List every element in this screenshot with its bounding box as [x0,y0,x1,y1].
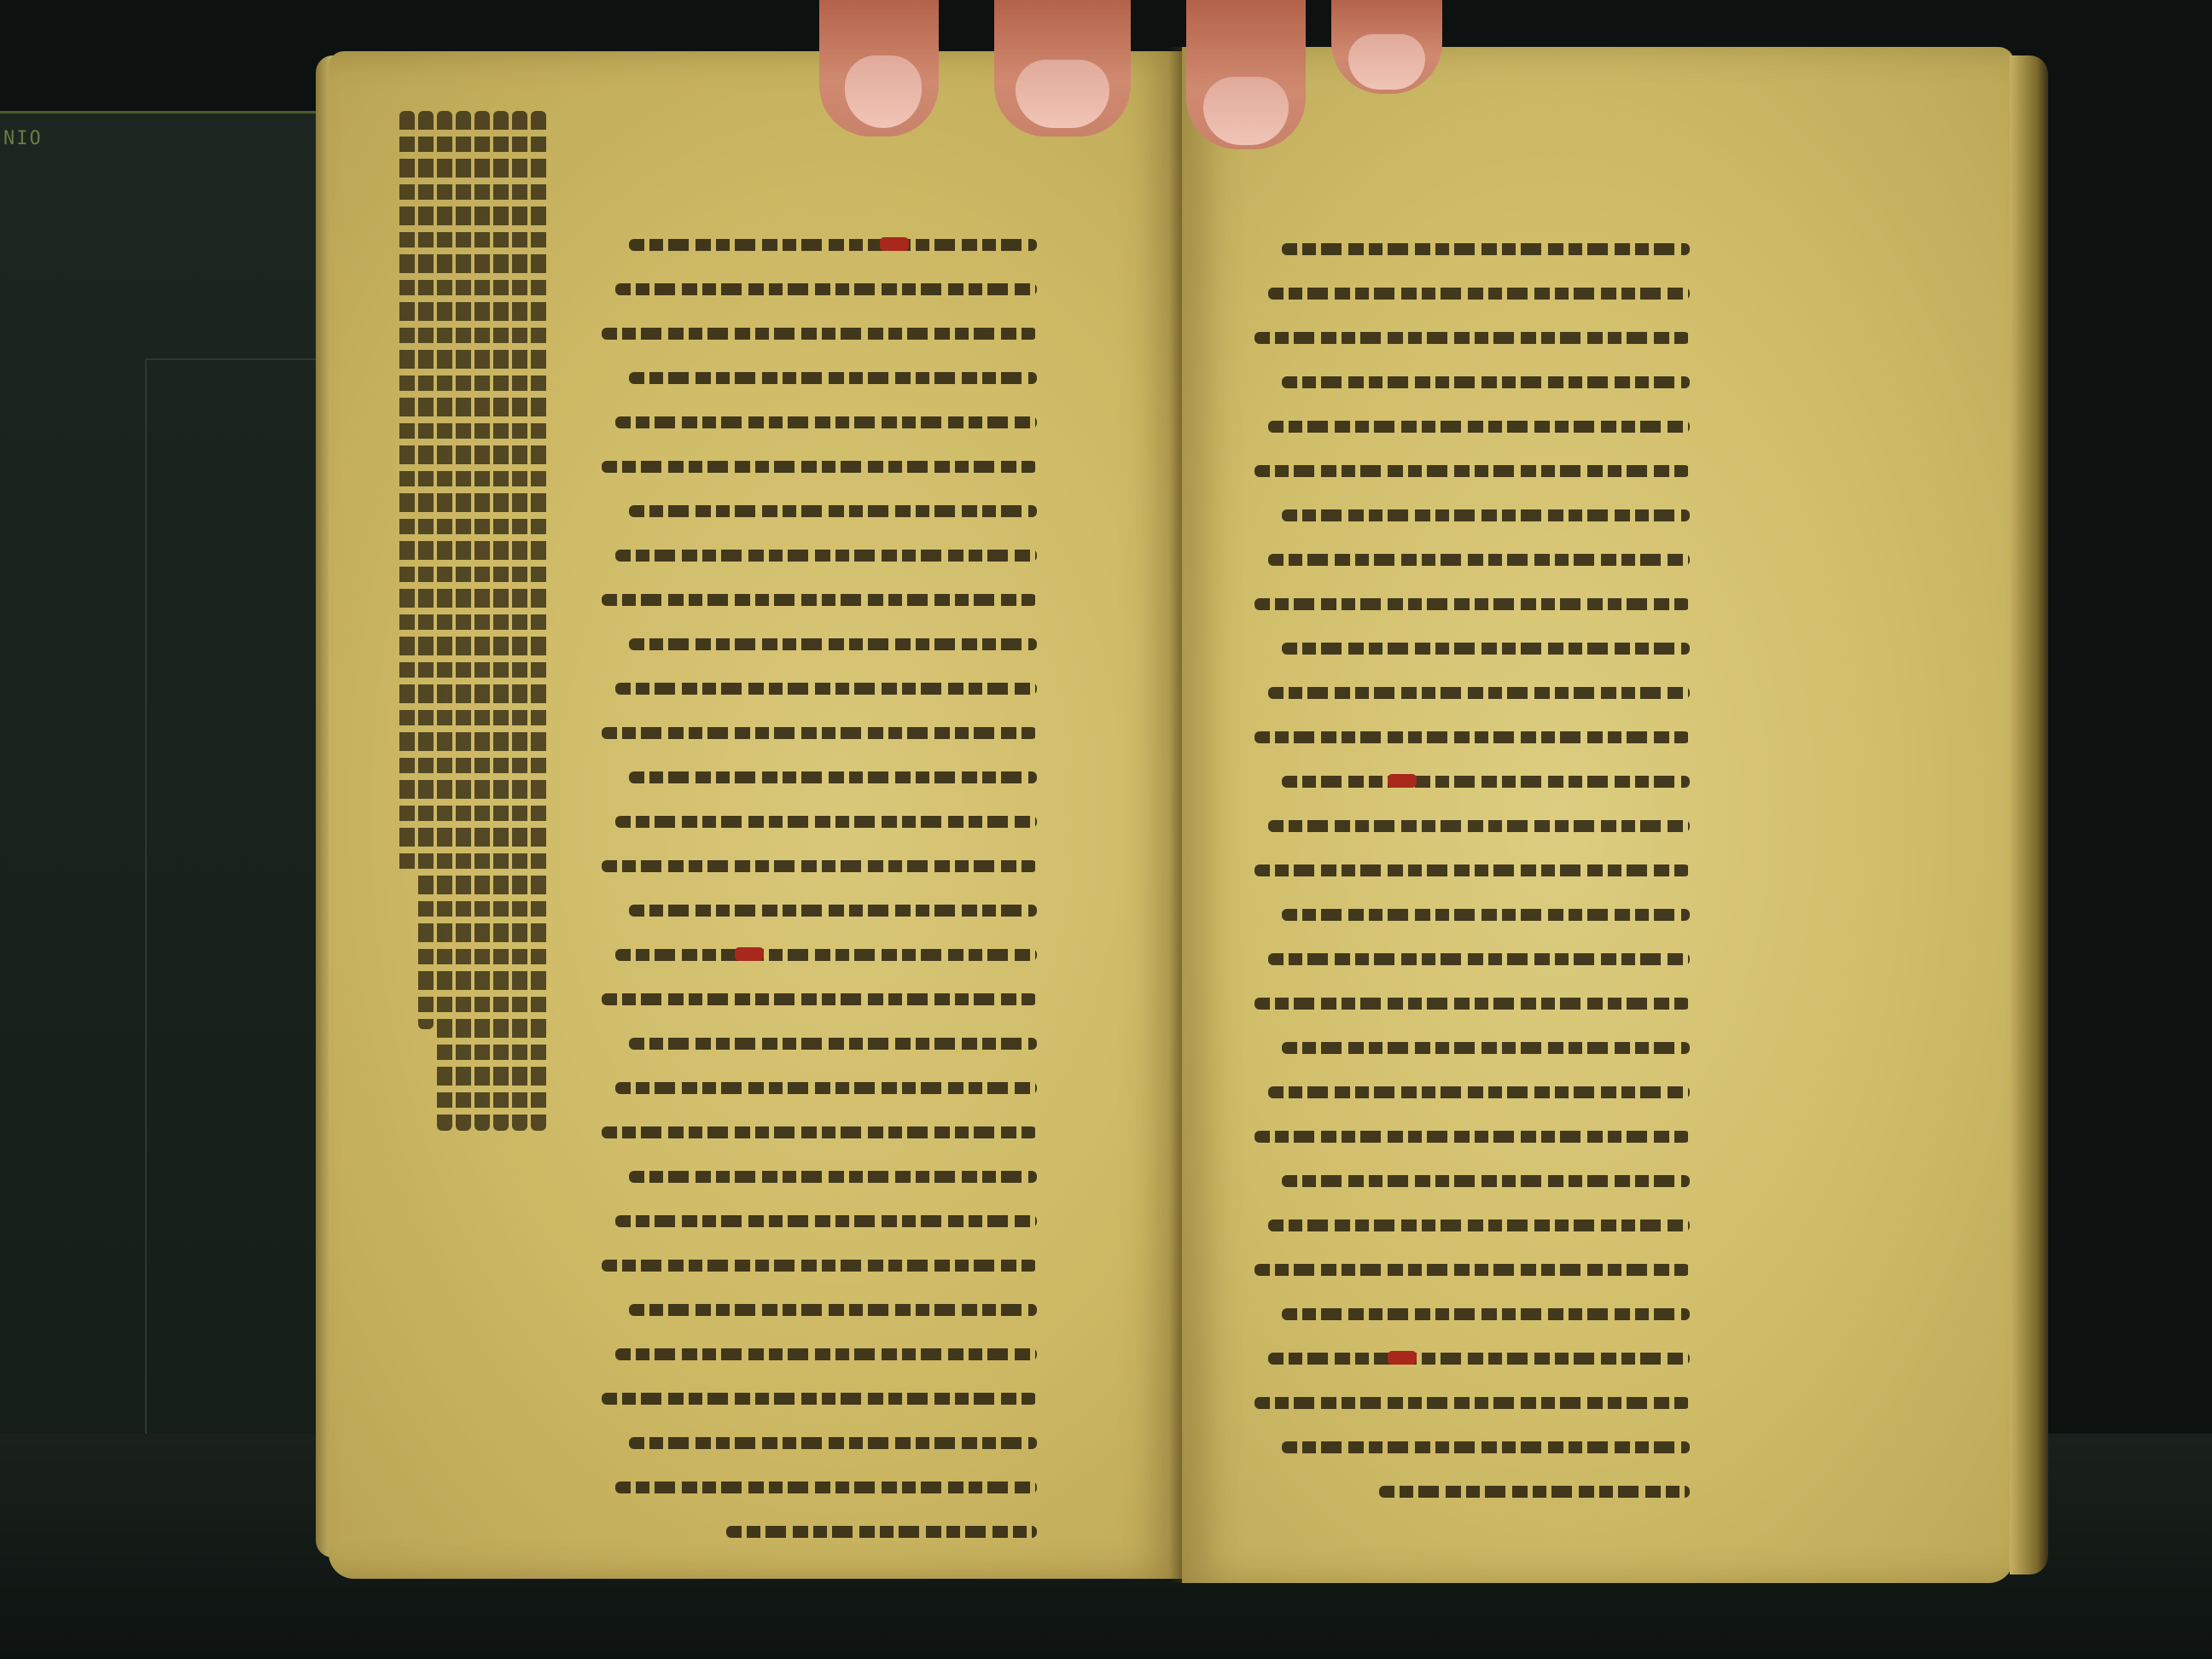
ink-script [1254,731,1690,743]
ink-script [1282,776,1690,788]
ink-script [1254,598,1690,610]
manuscript-line [593,1065,1037,1109]
ink-script [1282,509,1690,521]
ink-script [1254,1397,1690,1409]
manuscript-line [1246,714,1690,759]
ink-script [1268,687,1690,699]
manuscript-line [1246,847,1690,892]
manuscript-line [1246,1025,1690,1069]
ink-script [602,860,1037,872]
ink-script [602,594,1037,606]
manuscript-line [1246,1469,1690,1513]
manuscript-line [1246,492,1690,537]
manuscript-line [593,888,1037,932]
manuscript-line [1246,670,1690,714]
ink-script [629,372,1037,384]
manuscript-line [593,1420,1037,1464]
ink-script [629,638,1037,650]
manuscript-line [1246,226,1690,271]
manuscript-line [593,488,1037,533]
manuscript-line [1246,1247,1690,1291]
ink-script [615,1215,1037,1227]
manuscript-line [593,1109,1037,1154]
ink-script [629,1038,1037,1050]
ink-script [1282,243,1690,255]
ink-script [602,1260,1037,1272]
manuscript-line [1246,537,1690,581]
right-page-text [1246,226,1690,1513]
manuscript-line [593,1198,1037,1243]
ink-script [629,1171,1037,1183]
rubric-red-word [880,237,909,251]
ink-script [1254,1264,1690,1276]
manuscript-line [593,1331,1037,1376]
manuscript-line [1246,1114,1690,1158]
ink-script [602,993,1037,1005]
fingernail-right [1203,77,1289,145]
manuscript-line [1246,981,1690,1025]
ink-script [1282,909,1690,921]
manuscript-line [593,1154,1037,1198]
manuscript-line [593,1376,1037,1420]
manuscript-line [593,533,1037,577]
ink-script [1254,332,1690,344]
manuscript-line [593,222,1037,266]
ink-script [602,1126,1037,1138]
manuscript-line [1246,892,1690,936]
right-page [1182,47,2014,1583]
ink-script [629,1304,1037,1316]
manuscript-line [593,1243,1037,1287]
ink-script [1268,953,1690,965]
ink-script [1379,1486,1690,1498]
ink-script [1282,376,1690,388]
manuscript-line [593,577,1037,621]
manuscript-line [1246,626,1690,670]
left-page [329,51,1182,1579]
ink-script [629,239,1037,251]
manuscript-line [1246,271,1690,315]
ink-script [615,550,1037,562]
ink-script [629,771,1037,783]
ink-script [629,905,1037,917]
rubric-red-word [1388,774,1417,788]
manuscript-line [593,399,1037,444]
manuscript-line [593,444,1037,488]
manuscript-line [1246,448,1690,492]
open-manuscript [316,47,2052,1634]
manuscript-line [1246,759,1690,803]
left-margin-notes [401,111,546,1131]
manuscript-line [593,266,1037,311]
ink-script [615,283,1037,295]
ink-script [1254,998,1690,1010]
ink-script [726,1526,1037,1538]
manuscript-line [1246,1291,1690,1336]
ink-script [1254,1131,1690,1143]
ink-script [1282,1441,1690,1453]
ink-script [1254,864,1690,876]
ink-script [615,949,1037,961]
ink-script [615,1348,1037,1360]
ink-script [629,1437,1037,1449]
ink-script [1282,1175,1690,1187]
ink-script [1268,421,1690,433]
ink-script [602,727,1037,739]
manuscript-line [593,1021,1037,1065]
ink-script [1254,465,1690,477]
ink-script [602,328,1037,340]
manuscript-line [1246,936,1690,981]
ink-script [1282,1042,1690,1054]
manuscript-line [593,621,1037,666]
right-page-edges [2010,55,2048,1575]
manuscript-line [1246,359,1690,404]
ink-script [615,1082,1037,1094]
fingernail-far-right [1348,34,1425,90]
ink-script [602,1393,1037,1405]
fingernail-middle [1016,60,1109,128]
manuscript-line [593,843,1037,888]
ink-script [1268,1220,1690,1231]
manuscript-line [1246,1424,1690,1469]
manuscript-line [593,976,1037,1021]
manuscript-line [593,1464,1037,1509]
manuscript-line [593,355,1037,399]
rubric-red-word [1388,1351,1417,1365]
ink-script [1268,1353,1690,1365]
ink-script [1268,288,1690,300]
manuscript-line [1246,581,1690,626]
manuscript-line [593,311,1037,355]
manuscript-line [1246,1336,1690,1380]
ink-script [1282,1308,1690,1320]
ink-script [615,816,1037,828]
ink-script [1268,820,1690,832]
manuscript-line [593,666,1037,710]
ink-script [1268,1086,1690,1098]
manuscript-line [1246,1069,1690,1114]
manuscript-line [593,1287,1037,1331]
ink-script [629,505,1037,517]
left-page-text [593,222,1037,1553]
ink-script [615,416,1037,428]
manuscript-line [593,1509,1037,1553]
ink-script [615,1481,1037,1493]
ink-script [602,461,1037,473]
manuscript-line [1246,315,1690,359]
ink-script [615,683,1037,695]
ink-script [1282,643,1690,655]
ink-script [1268,554,1690,566]
manuscript-line [593,932,1037,976]
manuscript-line [1246,1380,1690,1424]
manuscript-line [1246,1158,1690,1202]
manuscript-line [1246,1202,1690,1247]
background-label: NIO [3,128,43,149]
manuscript-line [593,799,1037,843]
manuscript-line [593,710,1037,754]
manuscript-line [1246,803,1690,847]
rubric-red-word [735,947,764,961]
manuscript-line [593,754,1037,799]
manuscript-line [1246,404,1690,448]
